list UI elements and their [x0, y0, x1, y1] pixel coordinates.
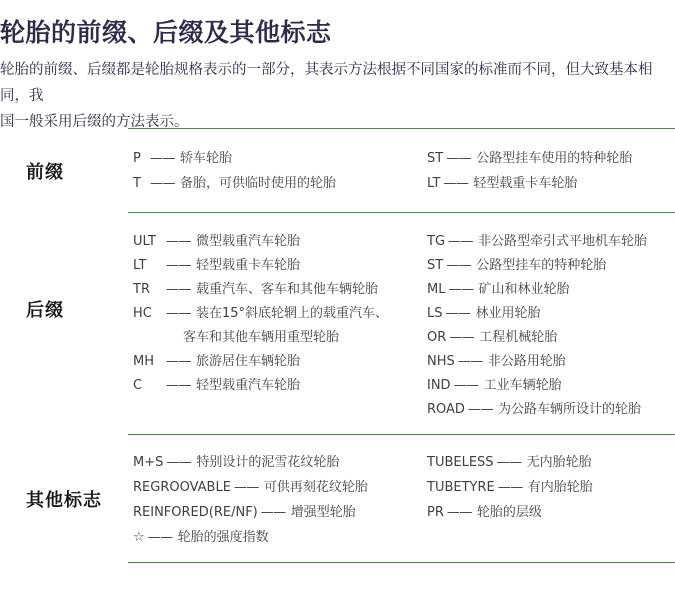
article-page: 轮胎的前缀、后缀及其他标志 轮胎的前缀、后缀都是轮胎规格表示的一部分，其表示方法…: [0, 0, 675, 614]
list-item: PR——轮胎的层级: [427, 500, 675, 525]
item-code: NHS: [427, 350, 455, 374]
section-suffix-label-col: 后缀: [0, 213, 128, 435]
list-item: C——轻型载重汽车轮胎: [133, 374, 427, 398]
item-code: HC: [133, 302, 163, 326]
list-item: IND——工业车辆轮胎: [427, 374, 675, 398]
list-item: ☆——轮胎的强度指数: [133, 525, 427, 550]
item-desc: 工业车辆轮胎: [484, 378, 562, 393]
star-icon: ☆: [133, 525, 145, 550]
prefix-right-column: ST——公路型挂车使用的特种轮胎 LT——轻型载重卡车轮胎: [427, 146, 675, 212]
other-marks-right-column: TUBELESS——无内胎轮胎 TUBETYRE——有内胎轮胎 PR——轮胎的层…: [427, 450, 675, 562]
item-desc: 微型载重汽车轮胎: [196, 234, 300, 249]
section-label: 前缀: [26, 158, 64, 184]
item-code: OR: [427, 326, 446, 350]
list-item-continuation: 客车和其他车辆用重型轮胎: [133, 326, 427, 350]
section-suffix: 后缀 ULT——微型载重汽车轮胎 LT——轻型载重卡车轮胎 TR——载重汽车、客…: [0, 213, 675, 435]
item-desc: 林业用轮胎: [476, 306, 541, 321]
item-code: TUBELESS: [427, 450, 494, 475]
item-desc: 矿山和林业轮胎: [478, 282, 569, 297]
item-dash: ——: [150, 151, 175, 166]
section-suffix-content: ULT——微型载重汽车轮胎 LT——轻型载重卡车轮胎 TR——载重汽车、客车和其…: [128, 213, 675, 435]
item-code: M+S: [133, 450, 163, 475]
item-code: REINFORED(RE/NF): [133, 500, 258, 525]
item-dash: ——: [468, 402, 493, 417]
section-other-marks: 其他标志 M+S——特别设计的泥雪花纹轮胎 REGROOVABLE——可供再刻花…: [0, 435, 675, 563]
section-prefix: 前缀 P——轿车轮胎 T——备胎，可供临时使用的轮胎 ST——公路型挂车使用的特…: [0, 128, 675, 213]
item-code: ULT: [133, 230, 163, 254]
item-desc: 工程机械轮胎: [479, 330, 557, 345]
item-desc: 非公路型牵引式平地机车轮胎: [478, 234, 647, 249]
suffix-left-column: ULT——微型载重汽车轮胎 LT——轻型载重卡车轮胎 TR——载重汽车、客车和其…: [133, 230, 427, 434]
list-item: NHS——非公路用轮胎: [427, 350, 675, 374]
item-desc: 可供再刻花纹轮胎: [264, 480, 368, 495]
item-dash: ——: [148, 530, 173, 545]
prefix-left-column: P——轿车轮胎 T——备胎，可供临时使用的轮胎: [133, 146, 427, 212]
item-desc: 公路型挂车的特种轮胎: [476, 258, 606, 273]
item-dash: ——: [166, 455, 191, 470]
item-code: IND: [427, 374, 451, 398]
item-desc: 轮胎的层级: [477, 505, 542, 520]
item-code: T: [133, 171, 147, 196]
list-item: LS——林业用轮胎: [427, 302, 675, 326]
list-item: MH——旅游居住车辆轮胎: [133, 350, 427, 374]
item-desc: 轻型载重卡车轮胎: [473, 176, 577, 191]
list-item: TUBELESS——无内胎轮胎: [427, 450, 675, 475]
list-item: REGROOVABLE——可供再刻花纹轮胎: [133, 475, 427, 500]
item-dash: ——: [234, 480, 259, 495]
item-desc: 为公路车辆所设计的轮胎: [498, 402, 641, 417]
list-item: ML——矿山和林业轮胎: [427, 278, 675, 302]
item-code: LT: [133, 254, 163, 278]
item-code: TR: [133, 278, 163, 302]
item-desc: 轻型载重卡车轮胎: [196, 258, 300, 273]
item-desc: 轿车轮胎: [180, 151, 232, 166]
list-item: ST——公路型挂车使用的特种轮胎: [427, 146, 675, 171]
list-item: TUBETYRE——有内胎轮胎: [427, 475, 675, 500]
item-code: TUBETYRE: [427, 475, 495, 500]
section-other-marks-content: M+S——特别设计的泥雪花纹轮胎 REGROOVABLE——可供再刻花纹轮胎 R…: [128, 435, 675, 563]
other-marks-left-column: M+S——特别设计的泥雪花纹轮胎 REGROOVABLE——可供再刻花纹轮胎 R…: [133, 450, 427, 562]
article-header: 轮胎的前缀、后缀及其他标志 轮胎的前缀、后缀都是轮胎规格表示的一部分，其表示方法…: [0, 0, 675, 135]
item-code: C: [133, 374, 163, 398]
item-desc: 装在15°斜底轮辋上的载重汽车、: [196, 306, 388, 321]
page-title: 轮胎的前缀、后缀及其他标志: [0, 16, 675, 50]
item-dash: ——: [448, 234, 473, 249]
item-dash: ——: [166, 378, 191, 393]
list-item: ULT——微型载重汽车轮胎: [133, 230, 427, 254]
item-code: P: [133, 146, 147, 171]
item-code: LT: [427, 171, 440, 196]
item-desc: 轻型载重汽车轮胎: [196, 378, 300, 393]
list-item: ST——公路型挂车的特种轮胎: [427, 254, 675, 278]
item-desc: 增强型轮胎: [291, 505, 356, 520]
item-code: MH: [133, 350, 163, 374]
item-code: ROAD: [427, 398, 465, 422]
item-desc: 旅游居住车辆轮胎: [196, 354, 300, 369]
list-item: LT——轻型载重卡车轮胎: [133, 254, 427, 278]
item-desc: 特别设计的泥雪花纹轮胎: [196, 455, 339, 470]
item-dash: ——: [166, 234, 191, 249]
item-desc: 无内胎轮胎: [527, 455, 592, 470]
section-prefix-content: P——轿车轮胎 T——备胎，可供临时使用的轮胎 ST——公路型挂车使用的特种轮胎…: [128, 128, 675, 213]
list-item: TR——载重汽车、客车和其他车辆轮胎: [133, 278, 427, 302]
item-dash: ——: [166, 258, 191, 273]
item-dash: ——: [497, 455, 522, 470]
item-desc: 有内胎轮胎: [528, 480, 593, 495]
item-desc: 备胎，可供临时使用的轮胎: [180, 176, 336, 191]
list-item: HC——装在15°斜底轮辋上的载重汽车、: [133, 302, 427, 326]
list-item: M+S——特别设计的泥雪花纹轮胎: [133, 450, 427, 475]
list-item: ROAD——为公路车辆所设计的轮胎: [427, 398, 675, 422]
section-other-marks-label-col: 其他标志: [0, 435, 128, 563]
item-code: PR: [427, 500, 444, 525]
item-code: TG: [427, 230, 445, 254]
item-dash: ——: [446, 306, 471, 321]
item-dash: ——: [446, 258, 471, 273]
list-item: TG——非公路型牵引式平地机车轮胎: [427, 230, 675, 254]
section-label: 后缀: [26, 296, 64, 322]
item-dash: ——: [449, 330, 474, 345]
item-dash: ——: [166, 306, 191, 321]
item-code: ST: [427, 146, 443, 171]
item-code: ML: [427, 278, 445, 302]
list-item: LT——轻型载重卡车轮胎: [427, 171, 675, 196]
sections-container: 前缀 P——轿车轮胎 T——备胎，可供临时使用的轮胎 ST——公路型挂车使用的特…: [0, 128, 675, 563]
item-desc: 公路型挂车使用的特种轮胎: [476, 151, 632, 166]
item-desc: 客车和其他车辆用重型轮胎: [183, 330, 339, 345]
item-dash: ——: [498, 480, 523, 495]
list-item: P——轿车轮胎: [133, 146, 427, 171]
item-dash: ——: [447, 505, 472, 520]
list-item: OR——工程机械轮胎: [427, 326, 675, 350]
item-dash: ——: [446, 151, 471, 166]
section-label: 其他标志: [26, 486, 102, 512]
intro-paragraph: 轮胎的前缀、后缀都是轮胎规格表示的一部分，其表示方法根据不同国家的标准而不同，但…: [0, 57, 675, 135]
item-desc: 轮胎的强度指数: [178, 530, 269, 545]
item-desc: 非公路用轮胎: [488, 354, 566, 369]
item-desc: 载重汽车、客车和其他车辆轮胎: [196, 282, 378, 297]
item-dash: ——: [458, 354, 483, 369]
list-item: T——备胎，可供临时使用的轮胎: [133, 171, 427, 196]
item-code: ST: [427, 254, 443, 278]
section-prefix-label-col: 前缀: [0, 128, 128, 213]
item-dash: ——: [166, 282, 191, 297]
suffix-right-column: TG——非公路型牵引式平地机车轮胎 ST——公路型挂车的特种轮胎 ML——矿山和…: [427, 230, 675, 434]
item-dash: ——: [166, 354, 191, 369]
list-item: REINFORED(RE/NF)——增强型轮胎: [133, 500, 427, 525]
item-code: LS: [427, 302, 443, 326]
item-code: REGROOVABLE: [133, 475, 231, 500]
item-dash: ——: [261, 505, 286, 520]
item-dash: ——: [150, 176, 175, 191]
item-dash: ——: [448, 282, 473, 297]
item-dash: ——: [454, 378, 479, 393]
item-dash: ——: [443, 176, 468, 191]
